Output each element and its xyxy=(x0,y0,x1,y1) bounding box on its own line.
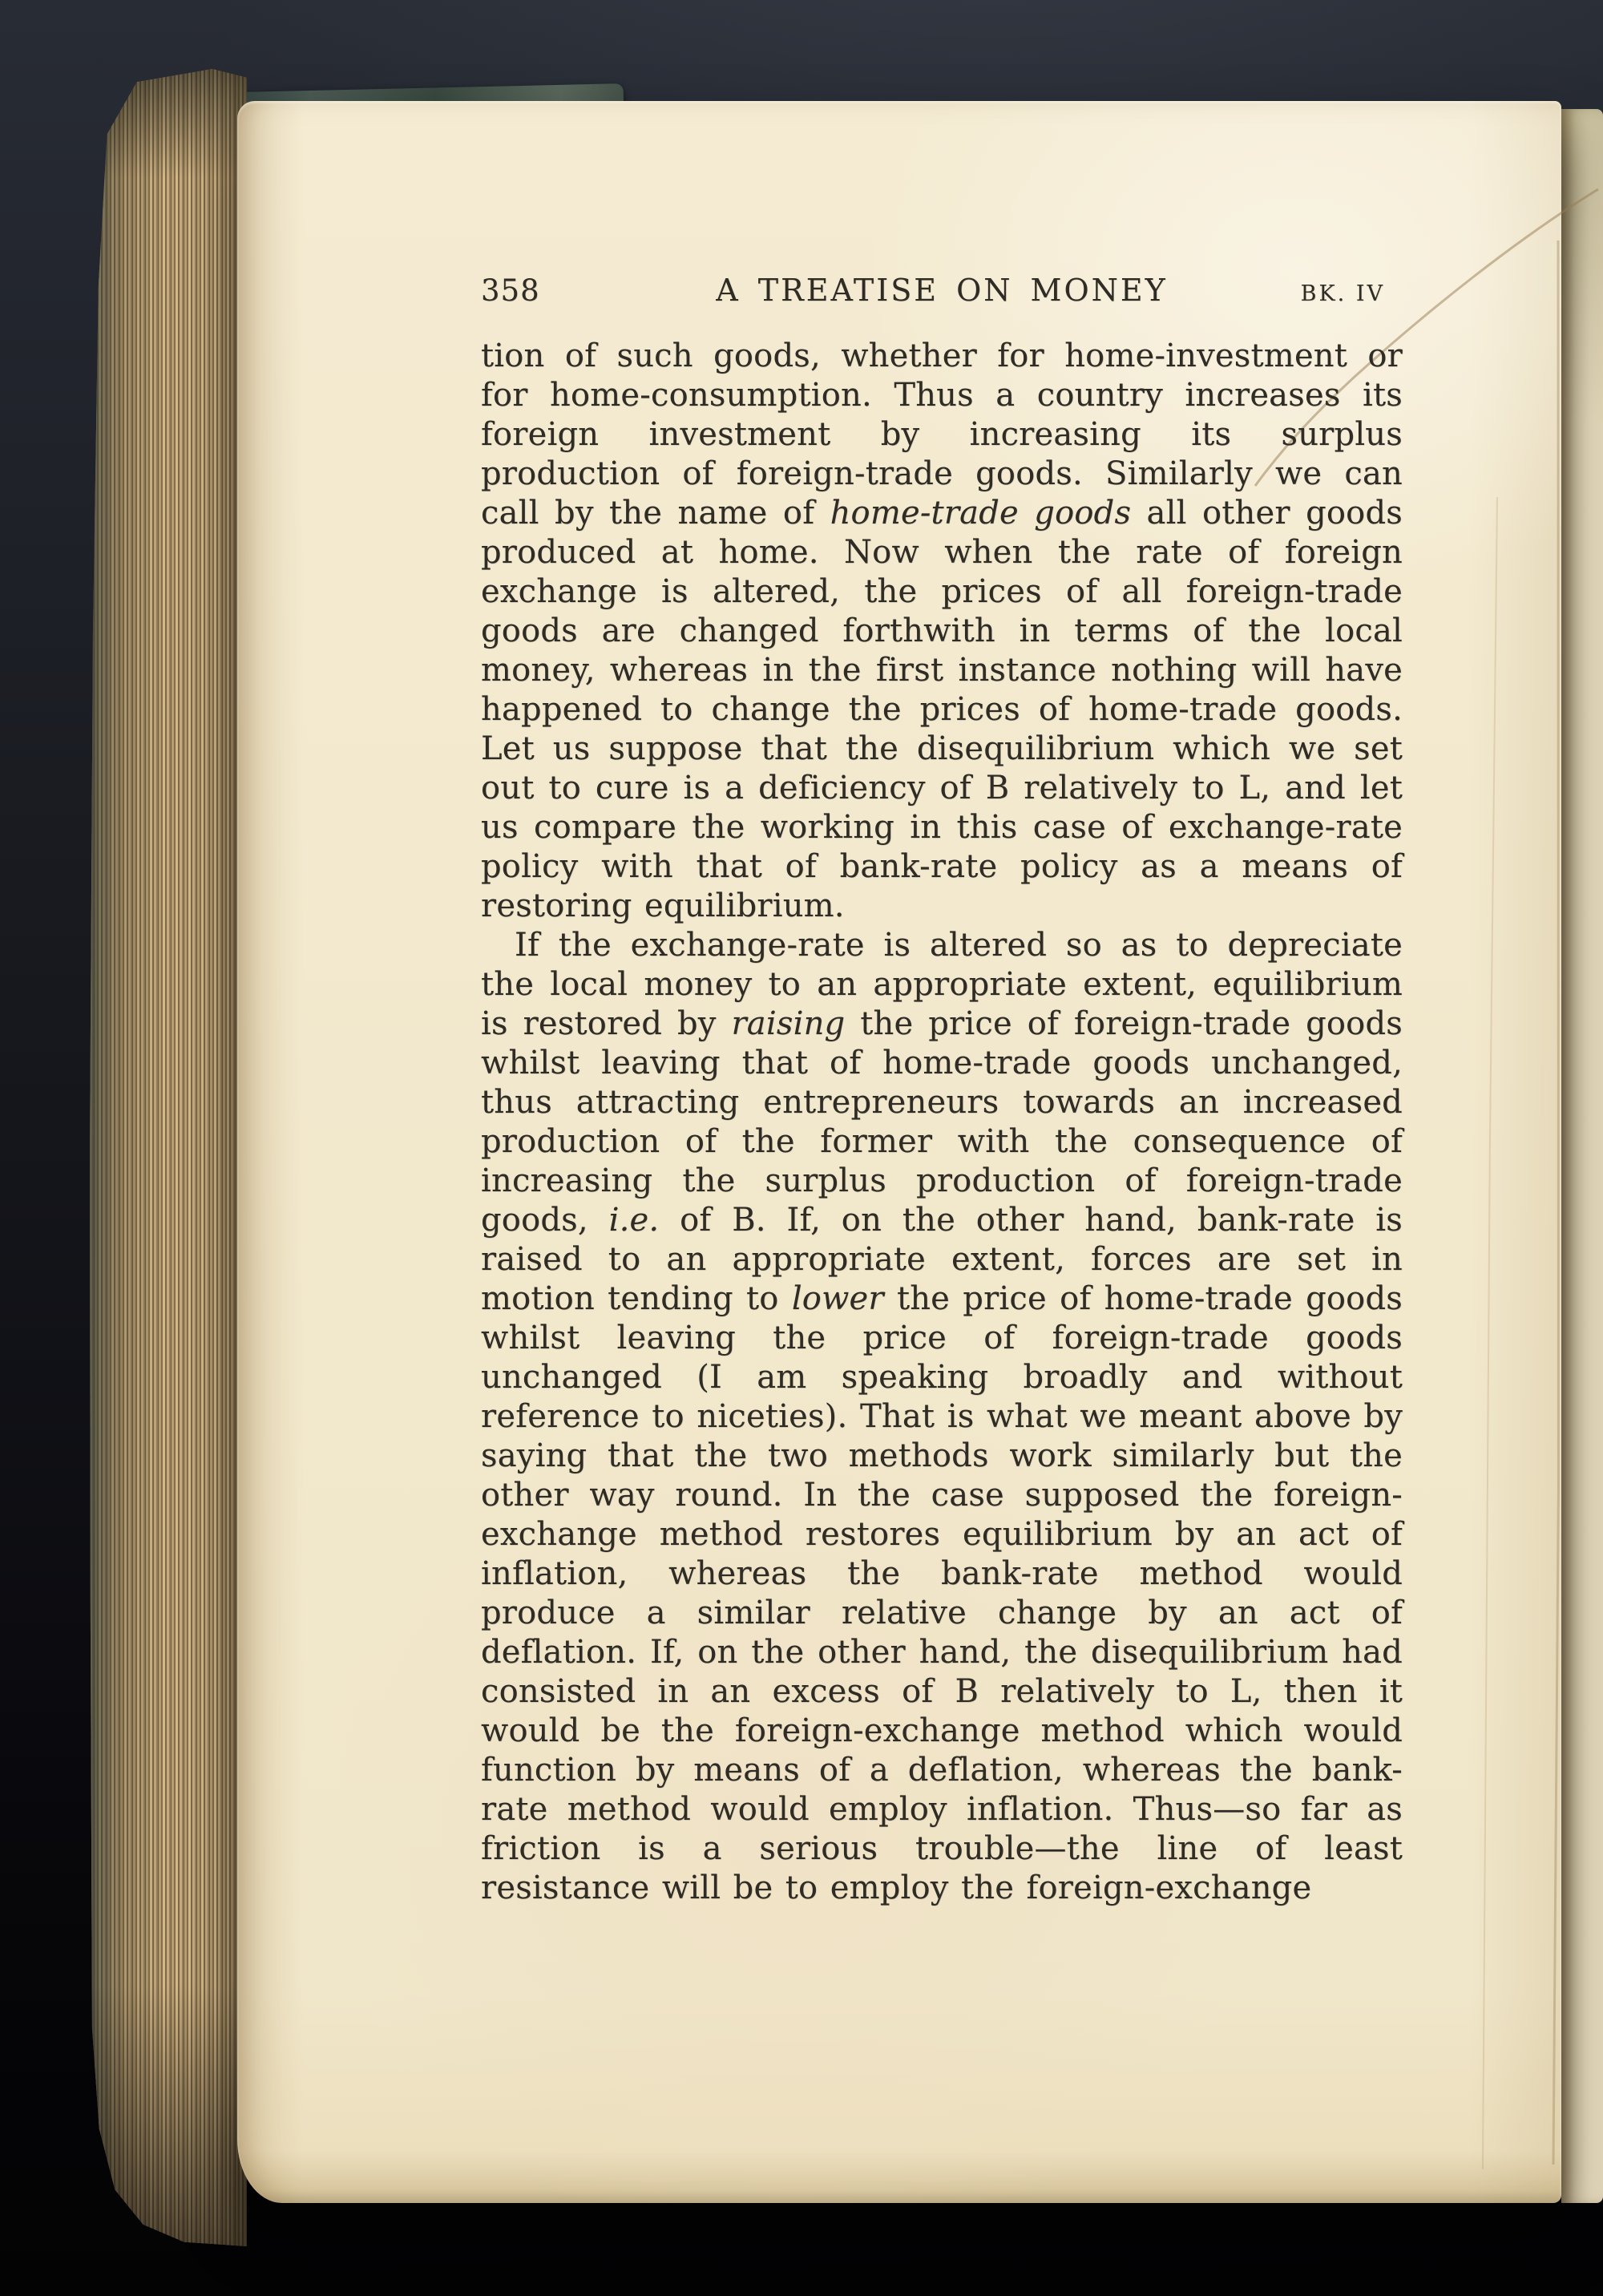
italic-text-segment: raising xyxy=(731,1005,845,1042)
paragraph: If the exchange-rate is altered so as to… xyxy=(481,926,1403,1908)
text-segment: all other goods produced at home. Now wh… xyxy=(481,495,1403,924)
italic-text-segment: lower xyxy=(792,1280,884,1317)
text-segment: the price of home-trade goods whilst lea… xyxy=(481,1280,1403,1906)
text-column: 358 A TREATISE ON MONEY BK. IV tion of s… xyxy=(481,273,1403,1908)
page-header: 358 A TREATISE ON MONEY BK. IV xyxy=(481,273,1403,308)
paragraph: tion of such goods, whether for home-inv… xyxy=(481,337,1403,926)
page-edge-stack xyxy=(90,69,247,2246)
book-label: BK. IV xyxy=(1250,281,1403,306)
book-photo-scene: 358 A TREATISE ON MONEY BK. IV tion of s… xyxy=(0,0,1603,2296)
page-number: 358 xyxy=(481,273,633,308)
italic-text-segment: i.e. xyxy=(609,1202,660,1239)
running-title: A TREATISE ON MONEY xyxy=(633,273,1250,308)
italic-text-segment: home-trade goods xyxy=(830,495,1132,532)
body-text: tion of such goods, whether for home-inv… xyxy=(481,337,1403,1908)
underlying-page-edge xyxy=(1561,109,1603,2203)
